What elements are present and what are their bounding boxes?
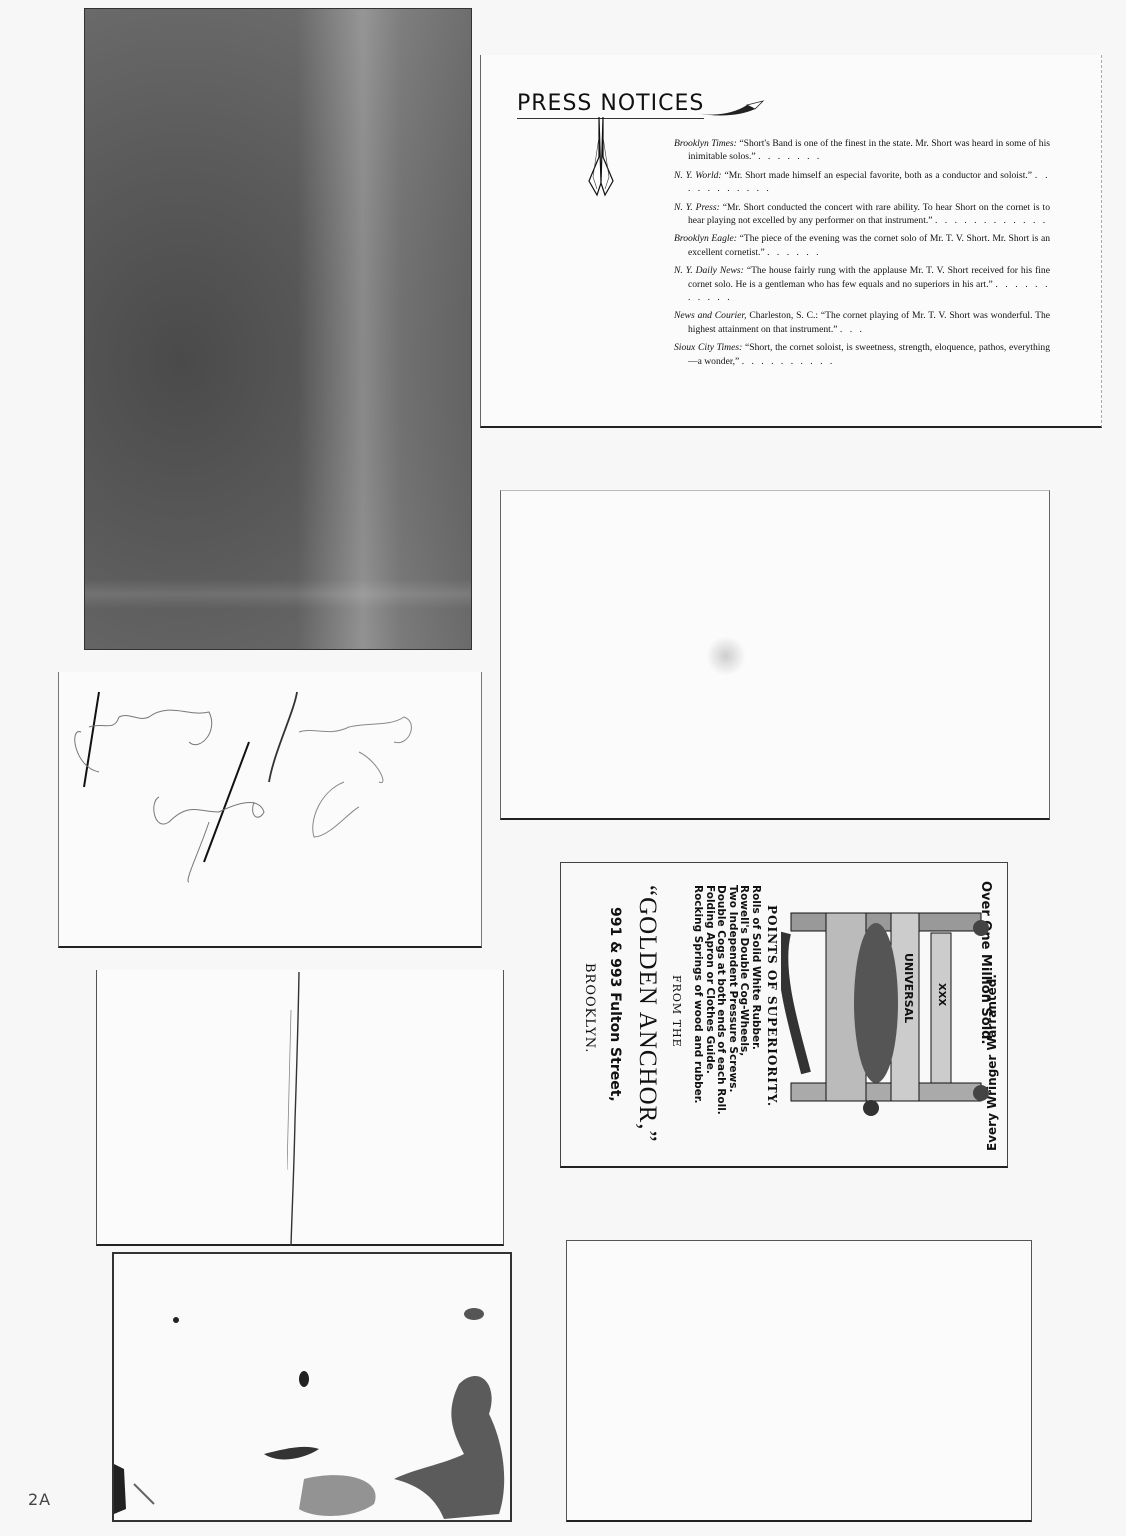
point-item: Rowell's Double Cog-Wheels, bbox=[738, 885, 750, 1115]
svg-text:XXX: XXX bbox=[936, 983, 947, 1006]
press-notice: Sioux City Times: “Short, the cornet sol… bbox=[674, 341, 1050, 368]
blank-card-back-bottom bbox=[566, 1240, 1032, 1522]
dark-card-back bbox=[84, 8, 472, 650]
point-item: Double Cogs at both ends of each Roll. bbox=[715, 885, 727, 1115]
smudge-mark bbox=[706, 636, 746, 676]
stained-card-back bbox=[112, 1252, 512, 1522]
point-item: Two Independent Pressure Screws. bbox=[727, 885, 739, 1115]
press-notices-title: PRESS NOTICES bbox=[517, 91, 704, 119]
press-notices-list: Brooklyn Times: “Short's Band is one of … bbox=[674, 137, 1050, 373]
press-notice: Brooklyn Eagle: “The piece of the evenin… bbox=[674, 232, 1050, 259]
swash-ornament-icon bbox=[695, 99, 765, 119]
press-notice: N. Y. Daily News: “The house fairly rung… bbox=[674, 264, 1050, 304]
press-notice: N. Y. World: “Mr. Short made himself an … bbox=[674, 169, 1050, 196]
clothes-wringer-illustration-icon: UNIVERSAL XXX bbox=[781, 893, 991, 1123]
store-city: BROOKLYN. bbox=[582, 963, 597, 1053]
points-title: POINTS OF SUPERIORITY. bbox=[765, 905, 779, 1107]
press-notices-card: PRESS NOTICES Brooklyn Times: “Short's B… bbox=[480, 55, 1102, 428]
page-label: 2A bbox=[28, 1490, 51, 1509]
golden-anchor-trade-card: Over One Million Sold. Every Wringer War… bbox=[560, 862, 1008, 1168]
point-item: Rolls of Solid White Rubber. bbox=[750, 885, 762, 1115]
handwriting-card bbox=[58, 672, 482, 948]
stain-marks-icon bbox=[114, 1254, 514, 1524]
handwritten-scribble-icon bbox=[59, 672, 483, 948]
pendant-ornament-icon bbox=[583, 117, 619, 197]
blank-card-back bbox=[500, 490, 1050, 820]
point-item: Folding Apron or Clothes Guide. bbox=[704, 885, 716, 1115]
store-address: 991 & 993 Fulton Street, bbox=[607, 907, 623, 1102]
creased-card-back bbox=[96, 970, 504, 1246]
svg-text:UNIVERSAL: UNIVERSAL bbox=[902, 953, 915, 1023]
press-notice: Brooklyn Times: “Short's Band is one of … bbox=[674, 137, 1050, 164]
press-notice: News and Courier, Charleston, S. C.: “Th… bbox=[674, 309, 1050, 336]
points-list: Rolls of Solid White Rubber. Rowell's Do… bbox=[692, 885, 761, 1115]
from-label: FROM THE bbox=[670, 975, 683, 1048]
store-name: “GOLDEN ANCHOR,” bbox=[633, 885, 661, 1143]
point-item: Rocking Springs of wood and rubber. bbox=[692, 885, 704, 1115]
crease-line-icon bbox=[287, 970, 301, 1246]
press-notice: N. Y. Press: “Mr. Short conducted the co… bbox=[674, 201, 1050, 228]
